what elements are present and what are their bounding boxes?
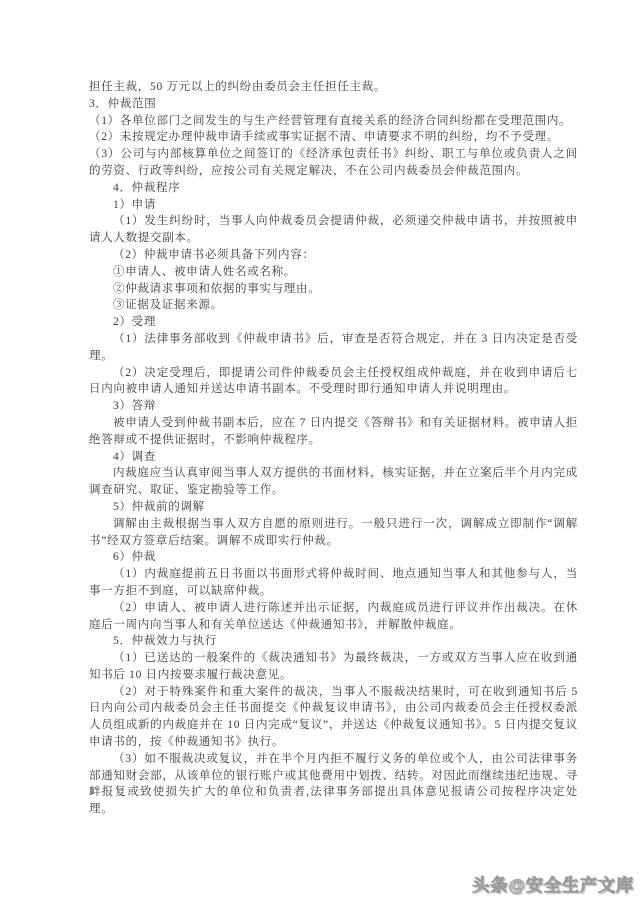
document-paragraph: （1）已送达的一般案件的《裁决通知书》为最终裁决，一方或双方当事人应在收到通知书… xyxy=(89,650,578,684)
document-paragraph: 3）答辩 xyxy=(89,398,578,415)
document-paragraph: 担任主裁，50 万元以上的纠纷由委员会主任担任主裁。 xyxy=(89,79,578,96)
document-page: 担任主裁，50 万元以上的纠纷由委员会主任担任主裁。3．仲裁范围（1）各单位部门… xyxy=(0,0,640,906)
document-paragraph: 内裁庭应当认真审阅当事人双方提供的书面材料，核实证据，并在立案后半个月内完成调查… xyxy=(89,465,578,499)
document-paragraph: （2）仲裁申请书必须具备下列内容： xyxy=(89,247,578,264)
watermark: 头条@安全生产文库 xyxy=(472,871,634,896)
document-paragraph: （2）对于特殊案件和重大案件的裁决，当事人不服裁决结果时，可在收到通知书后 5 … xyxy=(89,684,578,751)
document-paragraph: 1）申请 xyxy=(89,197,578,214)
watermark-text: 头条@安全生产文库 xyxy=(472,876,634,895)
document-paragraph: （3）公司与内部核算单位之间签订的《经济承包责任书》纠纷、职工与单位或负责人之间… xyxy=(89,146,578,180)
document-paragraph: （1）各单位部门之间发生的与生产经营管理有直接关系的经济合同纠纷都在受理范围内。 xyxy=(89,113,578,130)
document-paragraph: （2）申请人、被申请人进行陈述并出示证据，内裁庭成员进行评议并作出裁决。在休庭后… xyxy=(89,600,578,634)
document-paragraph: 3．仲裁范围 xyxy=(89,96,578,113)
document-paragraph: （1）法律事务部收到《仲裁申请书》后，审查是否符合规定，并在 3 日内决定是否受… xyxy=(89,331,578,365)
document-paragraph: 调解由主裁根据当事人双方自愿的原则进行。一般只进行一次，调解成立即制作“调解书”… xyxy=(89,516,578,550)
document-paragraph: 5）仲裁前的调解 xyxy=(89,499,578,516)
document-paragraph: 2）受理 xyxy=(89,314,578,331)
document-paragraph: 6）仲裁 xyxy=(89,549,578,566)
document-paragraph: 被申请人受到仲裁书副本后，应在 7 日内提交《答辩书》和有关证据材料。被申请人拒… xyxy=(89,415,578,449)
document-paragraph: ②仲裁请求事项和依据的事实与理由。 xyxy=(89,281,578,298)
document-paragraph: （1）发生纠纷时，当事人向仲裁委员会提请仲裁，必须递交仲裁申请书，并按照被申请人… xyxy=(89,213,578,247)
document-paragraph: ③证据及证据来源。 xyxy=(89,297,578,314)
document-paragraph: （1）内裁庭提前五日书面以书面形式将仲裁时间、地点通知当事人和其他参与人，当事一… xyxy=(89,566,578,600)
document-paragraph: （2）决定受理后，即提请公司件仲裁委员会主任授权组成仲裁庭，并在收到申请后七日内… xyxy=(89,365,578,399)
document-paragraph: （2）未按规定办理仲裁申请手续或事实证据不清、申请要求不明的纠纷，均不予受理。 xyxy=(89,129,578,146)
document-body: 担任主裁，50 万元以上的纠纷由委员会主任担任主裁。3．仲裁范围（1）各单位部门… xyxy=(89,79,578,818)
document-paragraph: 4）调查 xyxy=(89,449,578,466)
document-paragraph: ①申请人、被申请人姓名或名称。 xyxy=(89,264,578,281)
document-paragraph: 5．仲裁效力与执行 xyxy=(89,633,578,650)
document-paragraph: （3）如不服裁决或复议，并在半个月内拒不履行义务的单位或个人，由公司法律事务部通… xyxy=(89,751,578,818)
document-paragraph: 4．仲裁程序 xyxy=(89,180,578,197)
